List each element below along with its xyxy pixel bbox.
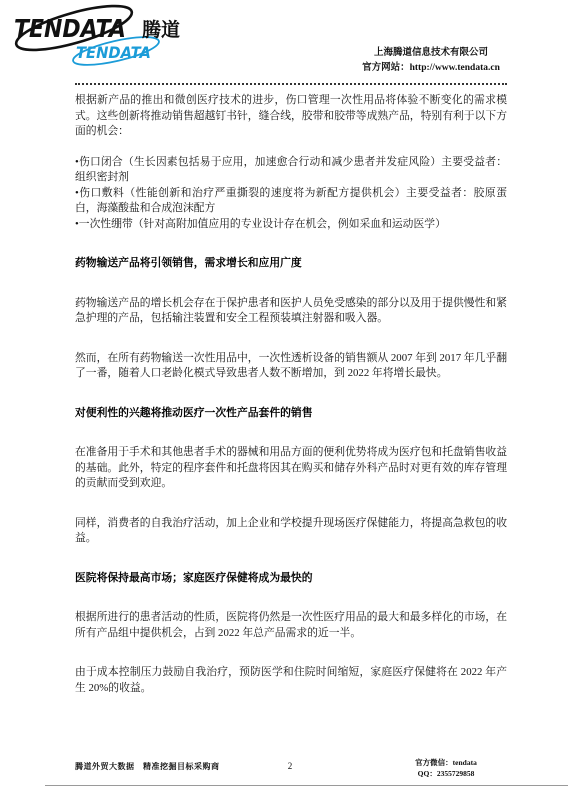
- list-item: •一次性绷带（针对高附加值应用的专业设计存在机会，例如采血和运动医学）: [75, 217, 507, 233]
- section-paragraph: 根据所进行的患者活动的性质，医院将仍然是一次性医疗用品的最大和最多样化的市场，在…: [75, 610, 507, 641]
- footer-wechat: 官方微信：tendata: [396, 757, 496, 768]
- section-paragraph: 药物输送产品的增长机会存在于保护患者和医护人员免受感染的部分以及用于提供慢性和紧…: [75, 296, 507, 327]
- logo-main-text: TENDATA: [14, 14, 126, 44]
- company-name: 上海腾道信息技术有限公司: [352, 46, 510, 61]
- footer-contact-block: 官方微信：tendata QQ：2355729858: [396, 757, 496, 779]
- list-item-text: 伤口敷料（性能创新和治疗严重撕裂的速度将为新配方提供机会）主要受益者：胶原蛋白，…: [75, 187, 507, 215]
- tendata-logo-graphic: TENDATA 腾道 TENDATA: [12, 4, 192, 66]
- list-item-text: 一次性绷带（针对高附加值应用的专业设计存在机会，例如采血和运动医学）: [79, 218, 446, 230]
- section-heading-hospital-market: 医院将保持最高市场；家庭医疗保健将成为最快的: [75, 571, 507, 587]
- section-paragraph: 由于成本控制压力鼓励自我治疗，预防医学和住院时间缩短，家庭医疗保健将在 2022…: [75, 665, 507, 696]
- tendata-logo: TENDATA 腾道 TENDATA: [12, 4, 192, 66]
- section-heading-drug-delivery: 药物输送产品将引领销售，需求增长和应用广度: [75, 256, 507, 272]
- list-item: •伤口敷料（性能创新和治疗严重撕裂的速度将为新配方提供机会）主要受益者：胶原蛋白…: [75, 186, 507, 217]
- company-website: 官方网站：http://www.tendata.cn: [352, 61, 510, 76]
- list-item: •伤口闭合（生长因素包括易于应用，加速愈合行动和减少患者并发症风险）主要受益者：…: [75, 155, 507, 186]
- footer-qq: QQ：2355729858: [396, 768, 496, 779]
- document-body: 根据新产品的推出和微创医疗技术的进步，伤口管理一次性用品将体验不断变化的需求模式…: [75, 93, 507, 720]
- intro-paragraph: 根据新产品的推出和微创医疗技术的进步，伤口管理一次性用品将体验不断变化的需求模式…: [75, 93, 507, 140]
- section-paragraph: 同样，消费者的自我治疗活动，加上企业和学校提升现场医疗保健能力，将提高急救包的收…: [75, 516, 507, 547]
- header-divider: [75, 83, 507, 85]
- section-heading-convenience: 对便利性的兴趣将推动医疗一次性产品套件的销售: [75, 406, 507, 422]
- header-company-block: 上海腾道信息技术有限公司 官方网站：http://www.tendata.cn: [352, 46, 510, 76]
- list-item-text: 伤口闭合（生长因素包括易于应用，加速愈合行动和减少患者并发症风险）主要受益者：组…: [75, 156, 507, 184]
- document-page: TENDATA 腾道 TENDATA 上海腾道信息技术有限公司 官方网站：htt…: [0, 0, 580, 792]
- footer-divider: [45, 785, 568, 786]
- logo-main-cn-text: 腾道: [142, 18, 180, 41]
- section-paragraph: 然而，在所有药物输送一次性用品中，一次性透析设备的销售额从 2007 年到 20…: [75, 351, 507, 382]
- logo-sub-text: TENDATA: [76, 43, 151, 62]
- section-paragraph: 在准备用于手术和其他患者手术的器械和用品方面的便利优势将成为医疗包和托盘销售收益…: [75, 445, 507, 492]
- bullet-list: •伤口闭合（生长因素包括易于应用，加速愈合行动和减少患者并发症风险）主要受益者：…: [75, 155, 507, 233]
